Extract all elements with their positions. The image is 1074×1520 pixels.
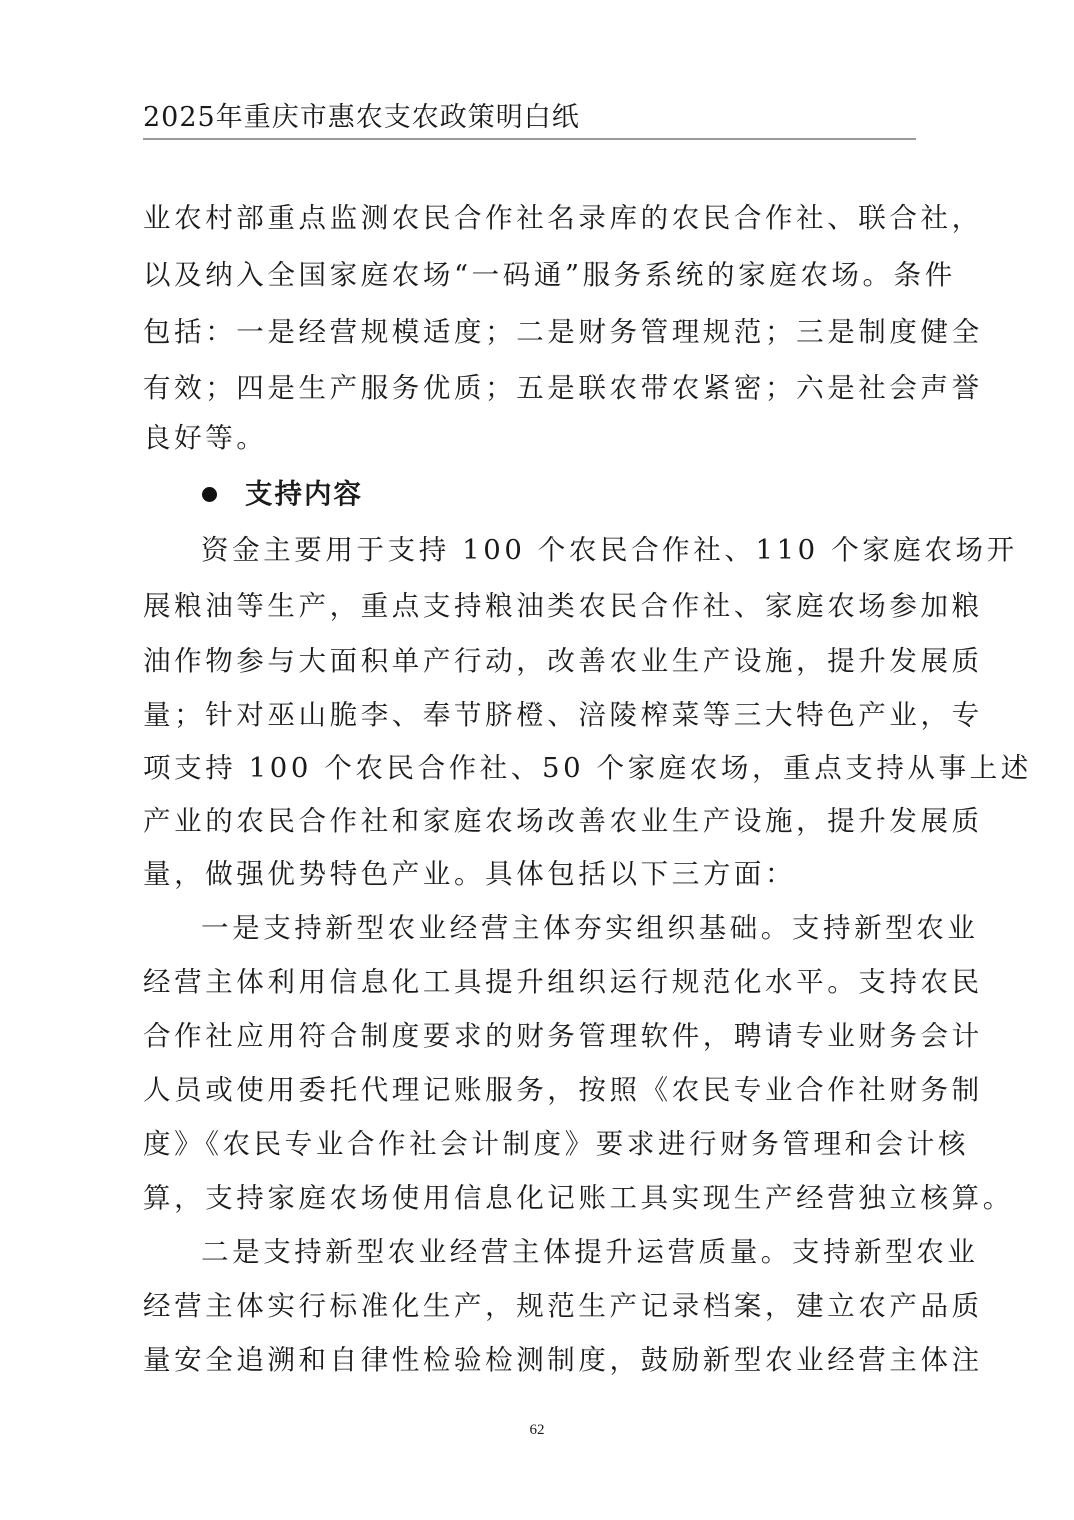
- body-line: 经营主体利用信息化工具提升组织运行规范化水平。支持农民: [143, 962, 918, 1002]
- body-line: 二是支持新型农业经营主体提升运营质量。支持新型农业: [201, 1232, 918, 1272]
- body-line: 经营主体实行标准化生产，规范生产记录档案，建立农产品质: [143, 1286, 918, 1326]
- body-line: 人员或使用委托代理记账服务，按照《农民专业合作社财务制: [143, 1070, 918, 1110]
- body-line: 油作物参与大面积单产行动，改善农业生产设施，提升发展质: [143, 641, 918, 681]
- header-divider: [143, 138, 916, 140]
- section-heading-label: 支持内容: [245, 474, 363, 514]
- body-line: 项支持 100 个农民合作社、50 个家庭农场，重点支持从事上述: [143, 748, 918, 788]
- page-number: 62: [0, 1420, 1074, 1440]
- body-line: 一是支持新型农业经营主体夯实组织基础。支持新型农业: [201, 908, 918, 948]
- body-line: 产业的农民合作社和家庭农场改善农业生产设施，提升发展质: [143, 801, 918, 841]
- body-line: 资金主要用于支持 100 个农民合作社、110 个家庭农场开: [201, 530, 918, 570]
- body-line: 度》《农民专业合作社会计制度》要求进行财务管理和会计核: [143, 1124, 918, 1164]
- body-line: 业农村部重点监测农民合作社名录库的农民合作社、联合社，: [143, 198, 918, 238]
- body-line: 良好等。: [143, 418, 918, 458]
- body-line: 包括：一是经营规模适度；二是财务管理规范；三是制度健全: [143, 312, 918, 352]
- document-header-title: 2025年重庆市惠农支农政策明白纸: [143, 98, 580, 138]
- section-heading: 支持内容: [202, 474, 363, 514]
- body-line: 有效；四是生产服务优质；五是联农带农紧密；六是社会声誉: [143, 368, 918, 408]
- body-line: 展粮油等生产，重点支持粮油类农民合作社、家庭农场参加粮: [143, 586, 918, 626]
- body-line: 量；针对巫山脆李、奉节脐橙、涪陵榨菜等三大特色产业，专: [143, 695, 918, 735]
- body-line: 以及纳入全国家庭农场“一码通”服务系统的家庭农场。条件: [143, 255, 918, 295]
- body-line: 合作社应用符合制度要求的财务管理软件，聘请专业财务会计: [143, 1016, 918, 1056]
- body-line: 量安全追溯和自律性检验检测制度，鼓励新型农业经营主体注: [143, 1340, 918, 1380]
- body-line: 量，做强优势特色产业。具体包括以下三方面：: [143, 854, 918, 894]
- body-line: 算，支持家庭农场使用信息化记账工具实现生产经营独立核算。: [143, 1178, 918, 1218]
- bullet-icon: [202, 487, 217, 502]
